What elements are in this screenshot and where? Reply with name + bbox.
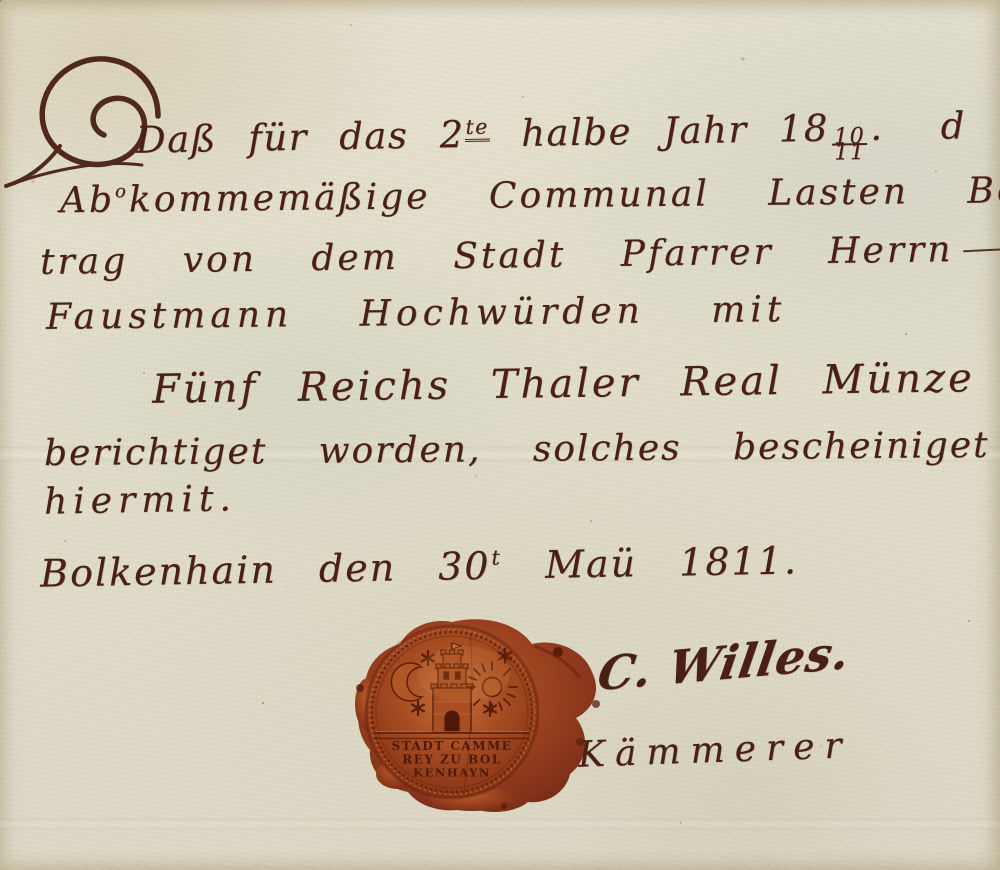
line1-text: Daß für das 2 [136,113,465,162]
manuscript-line-6: berichtiget worden, solches bescheiniget [44,428,990,472]
wax-seal: STADT CAMME REY ZU BOL KENHAYN [352,612,617,812]
ordinal-superscript: te [464,114,490,141]
line1-period: . [870,106,884,149]
day-superscript: t [490,546,503,570]
signature-title: Kämmerer [577,728,852,774]
line1-text: halbe Jahr 18 [489,107,829,156]
line7-text: hiermit. [44,478,237,522]
spaced-word-der: d e r [940,101,1000,148]
scanned-document: Daß für das 2te halbe Jahr 181011. d e r… [0,0,1000,870]
manuscript-line-5-amount: Fünf Reichs Thaler Real Münze [152,358,975,409]
line4-text: Faustmann Hochwürden mit [46,289,787,338]
line6-text: berichtiget worden, solches bescheiniget [44,425,990,474]
seal-text-line-1: STADT CAMME [392,739,513,753]
fraction-denominator: 11 [832,145,867,160]
seal-text-line-3: KENHAYN [413,766,491,780]
seal-text-line-2: REY ZU BOL [402,753,502,767]
pen-flourish [963,247,1000,252]
manuscript-line-7: hiermit. [44,481,237,520]
dateline-text: Bolkenhain den 30 [40,544,491,596]
abbreviation-mark: o [115,181,129,202]
line2-text: Ab [60,180,115,222]
year-fraction: 1011 [832,129,868,161]
dateline-text: Maü 1811. [503,538,799,587]
manuscript-line-4: Faustmann Hochwürden mit [46,292,787,336]
manuscript-line-2: Abokommemäßige Communal Lasten Bei„ [60,173,1000,219]
seal-shine [418,646,510,702]
paper-specks [0,0,2,2]
